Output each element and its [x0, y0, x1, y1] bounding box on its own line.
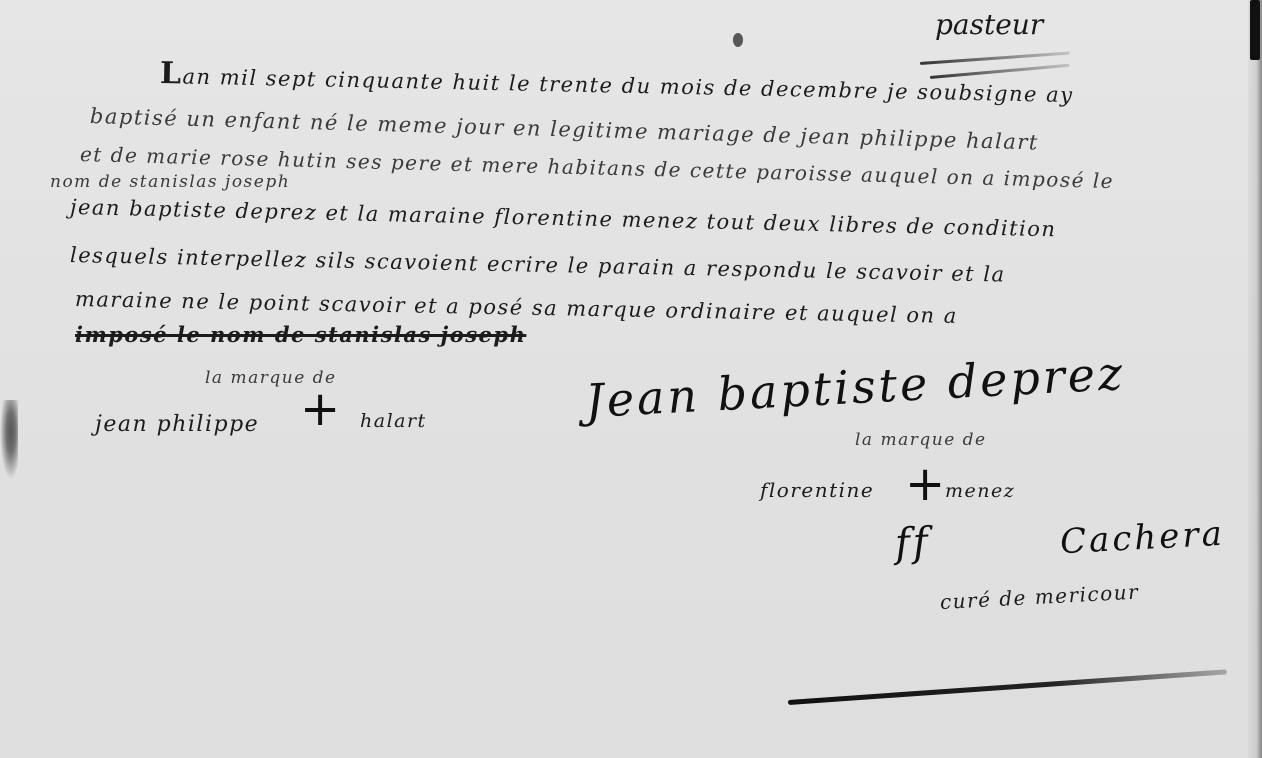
closing-line	[788, 669, 1227, 705]
godmother-first-name: florentine	[760, 478, 874, 502]
godmother-mark-label: la marque de	[855, 430, 987, 450]
header-underline	[920, 52, 1070, 65]
priest-title: curé de mericour	[939, 580, 1139, 614]
body-line-1: LLan mil sept cinquante huit le trente d…	[160, 56, 1074, 110]
godfather-signature: Jean baptiste deprez	[584, 346, 1126, 428]
body-line-1-visible: an mil sept cinquante huit le trente du …	[182, 64, 1073, 107]
priest-signature: Cachera	[1059, 514, 1226, 563]
struck-line: imposé le nom de stanislas joseph	[75, 322, 526, 347]
godmother-cross-mark: +	[905, 460, 945, 508]
ink-blot	[0, 400, 18, 480]
binding-shadow	[1250, 0, 1260, 60]
priest-flourish: ff	[894, 519, 932, 567]
father-first-name: jean philippe	[95, 412, 259, 437]
page-binding-edge	[1248, 0, 1262, 758]
body-line-6: lesquels interpellez sils scavoient ecri…	[70, 243, 1006, 287]
father-last-name: halart	[360, 410, 427, 432]
body-line-5: jean baptiste deprez et la maraine flore…	[70, 195, 1057, 241]
father-cross-mark: +	[300, 385, 340, 433]
interlinear-insert: nom de stanislas joseph	[50, 172, 290, 192]
godmother-last-name: menez	[945, 480, 1015, 502]
register-page: pasteur LLan mil sept cinquante huit le …	[0, 0, 1262, 758]
ink-spot	[733, 33, 743, 47]
margin-note-pasteur: pasteur	[935, 8, 1043, 41]
initial-letter: L	[160, 56, 183, 91]
